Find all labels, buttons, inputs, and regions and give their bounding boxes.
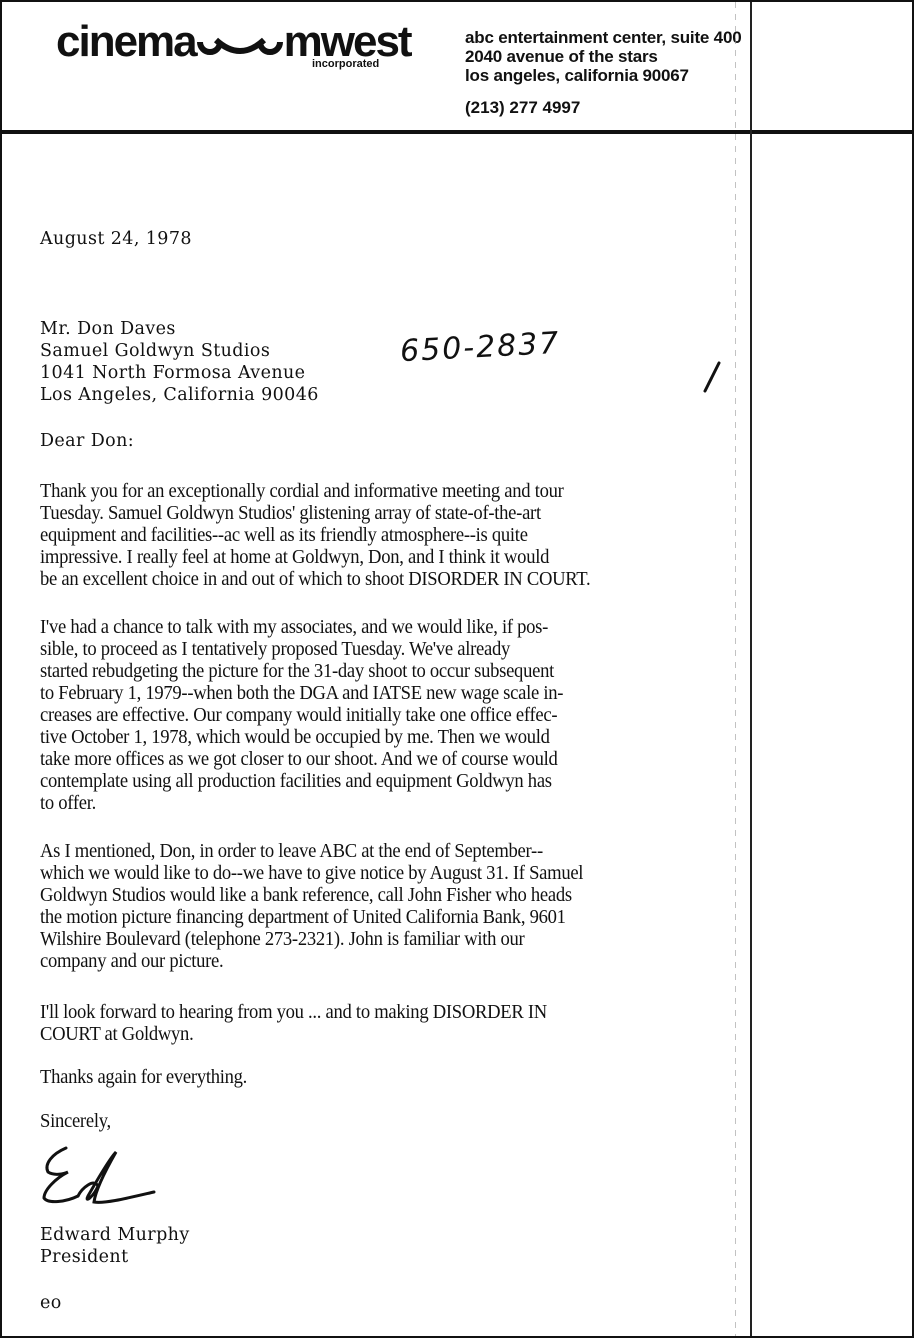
signature-icon	[38, 1142, 158, 1214]
letter-date: August 24, 1978	[40, 228, 192, 250]
recipient-line: Mr. Don Daves	[40, 318, 319, 340]
paragraph-line: Wilshire Boulevard (telephone 273-2321).…	[40, 928, 583, 950]
address-line: los angeles, california 90067	[465, 66, 741, 85]
company-suffix: incorporated	[312, 58, 379, 70]
paragraph-line: to February 1, 1979--when both the DGA a…	[40, 682, 563, 704]
paragraph-line: equipment and facilities--ac well as its…	[40, 524, 590, 546]
letter-page: cinemamwest incorporated abc entertainme…	[0, 0, 914, 1338]
pen-mark-icon	[702, 357, 722, 395]
paragraph-line: I've had a chance to talk with my associ…	[40, 616, 563, 638]
paragraph-line: Tuesday. Samuel Goldwyn Studios' glisten…	[40, 502, 590, 524]
signer-title: President	[40, 1246, 190, 1268]
recipient-line: Los Angeles, California 90046	[40, 384, 319, 406]
recipient-line: 1041 North Formosa Avenue	[40, 362, 319, 384]
paragraph-line: to offer.	[40, 792, 563, 814]
logo-mask-icon	[196, 28, 284, 58]
recipient-block: Mr. Don Daves Samuel Goldwyn Studios 104…	[40, 318, 319, 406]
paragraph-line: tive October 1, 1978, which would be occ…	[40, 726, 563, 748]
paragraph-line: take more offices as we got closer to ou…	[40, 748, 563, 770]
paragraph-line: COURT at Goldwyn.	[40, 1023, 547, 1045]
paragraph-line: started rebudgeting the picture for the …	[40, 660, 563, 682]
signer-name: Edward Murphy	[40, 1224, 190, 1246]
paragraph-line: creases are effective. Our company would…	[40, 704, 563, 726]
recipient-line: Samuel Goldwyn Studios	[40, 340, 319, 362]
address-line: 2040 avenue of the stars	[465, 47, 741, 66]
body-paragraph-4: I'll look forward to hearing from you ..…	[40, 1001, 585, 1045]
paragraph-line: I'll look forward to hearing from you ..…	[40, 1001, 547, 1023]
salutation: Dear Don:	[40, 430, 134, 452]
body-paragraph-2: I've had a chance to talk with my associ…	[40, 616, 603, 814]
typist-initials: eo	[40, 1292, 62, 1314]
paragraph-line: sible, to proceed as I tentatively propo…	[40, 638, 563, 660]
paragraph-line: which we would like to do--we have to gi…	[40, 862, 583, 884]
scan-artifact-line	[735, 2, 736, 1336]
paragraph-line: the motion picture financing department …	[40, 906, 583, 928]
closing: Sincerely,	[40, 1110, 111, 1132]
thanks-line: Thanks again for everything.	[40, 1066, 247, 1088]
paragraph-line: contemplate using all production facilit…	[40, 770, 563, 792]
paragraph-line: Thank you for an exceptionally cordial a…	[40, 480, 590, 502]
letterhead-address: abc entertainment center, suite 400 2040…	[465, 28, 741, 85]
paragraph-line: Goldwyn Studios would like a bank refere…	[40, 884, 583, 906]
header-divider	[2, 130, 912, 134]
paragraph-line: As I mentioned, Don, in order to leave A…	[40, 840, 583, 862]
body-paragraph-3: As I mentioned, Don, in order to leave A…	[40, 840, 624, 972]
handwritten-phone-note: 650-2837	[399, 326, 561, 369]
fold-line	[750, 2, 752, 1336]
body-paragraph-1: Thank you for an exceptionally cordial a…	[40, 480, 632, 590]
paragraph-line: impressive. I really feel at home at Gol…	[40, 546, 590, 568]
address-line: abc entertainment center, suite 400	[465, 28, 741, 47]
paragraph-line: be an excellent choice in and out of whi…	[40, 568, 590, 590]
letterhead-phone: (213) 277 4997	[465, 98, 580, 118]
paragraph-line: company and our picture.	[40, 950, 583, 972]
signer-block: Edward Murphy President	[40, 1224, 190, 1268]
